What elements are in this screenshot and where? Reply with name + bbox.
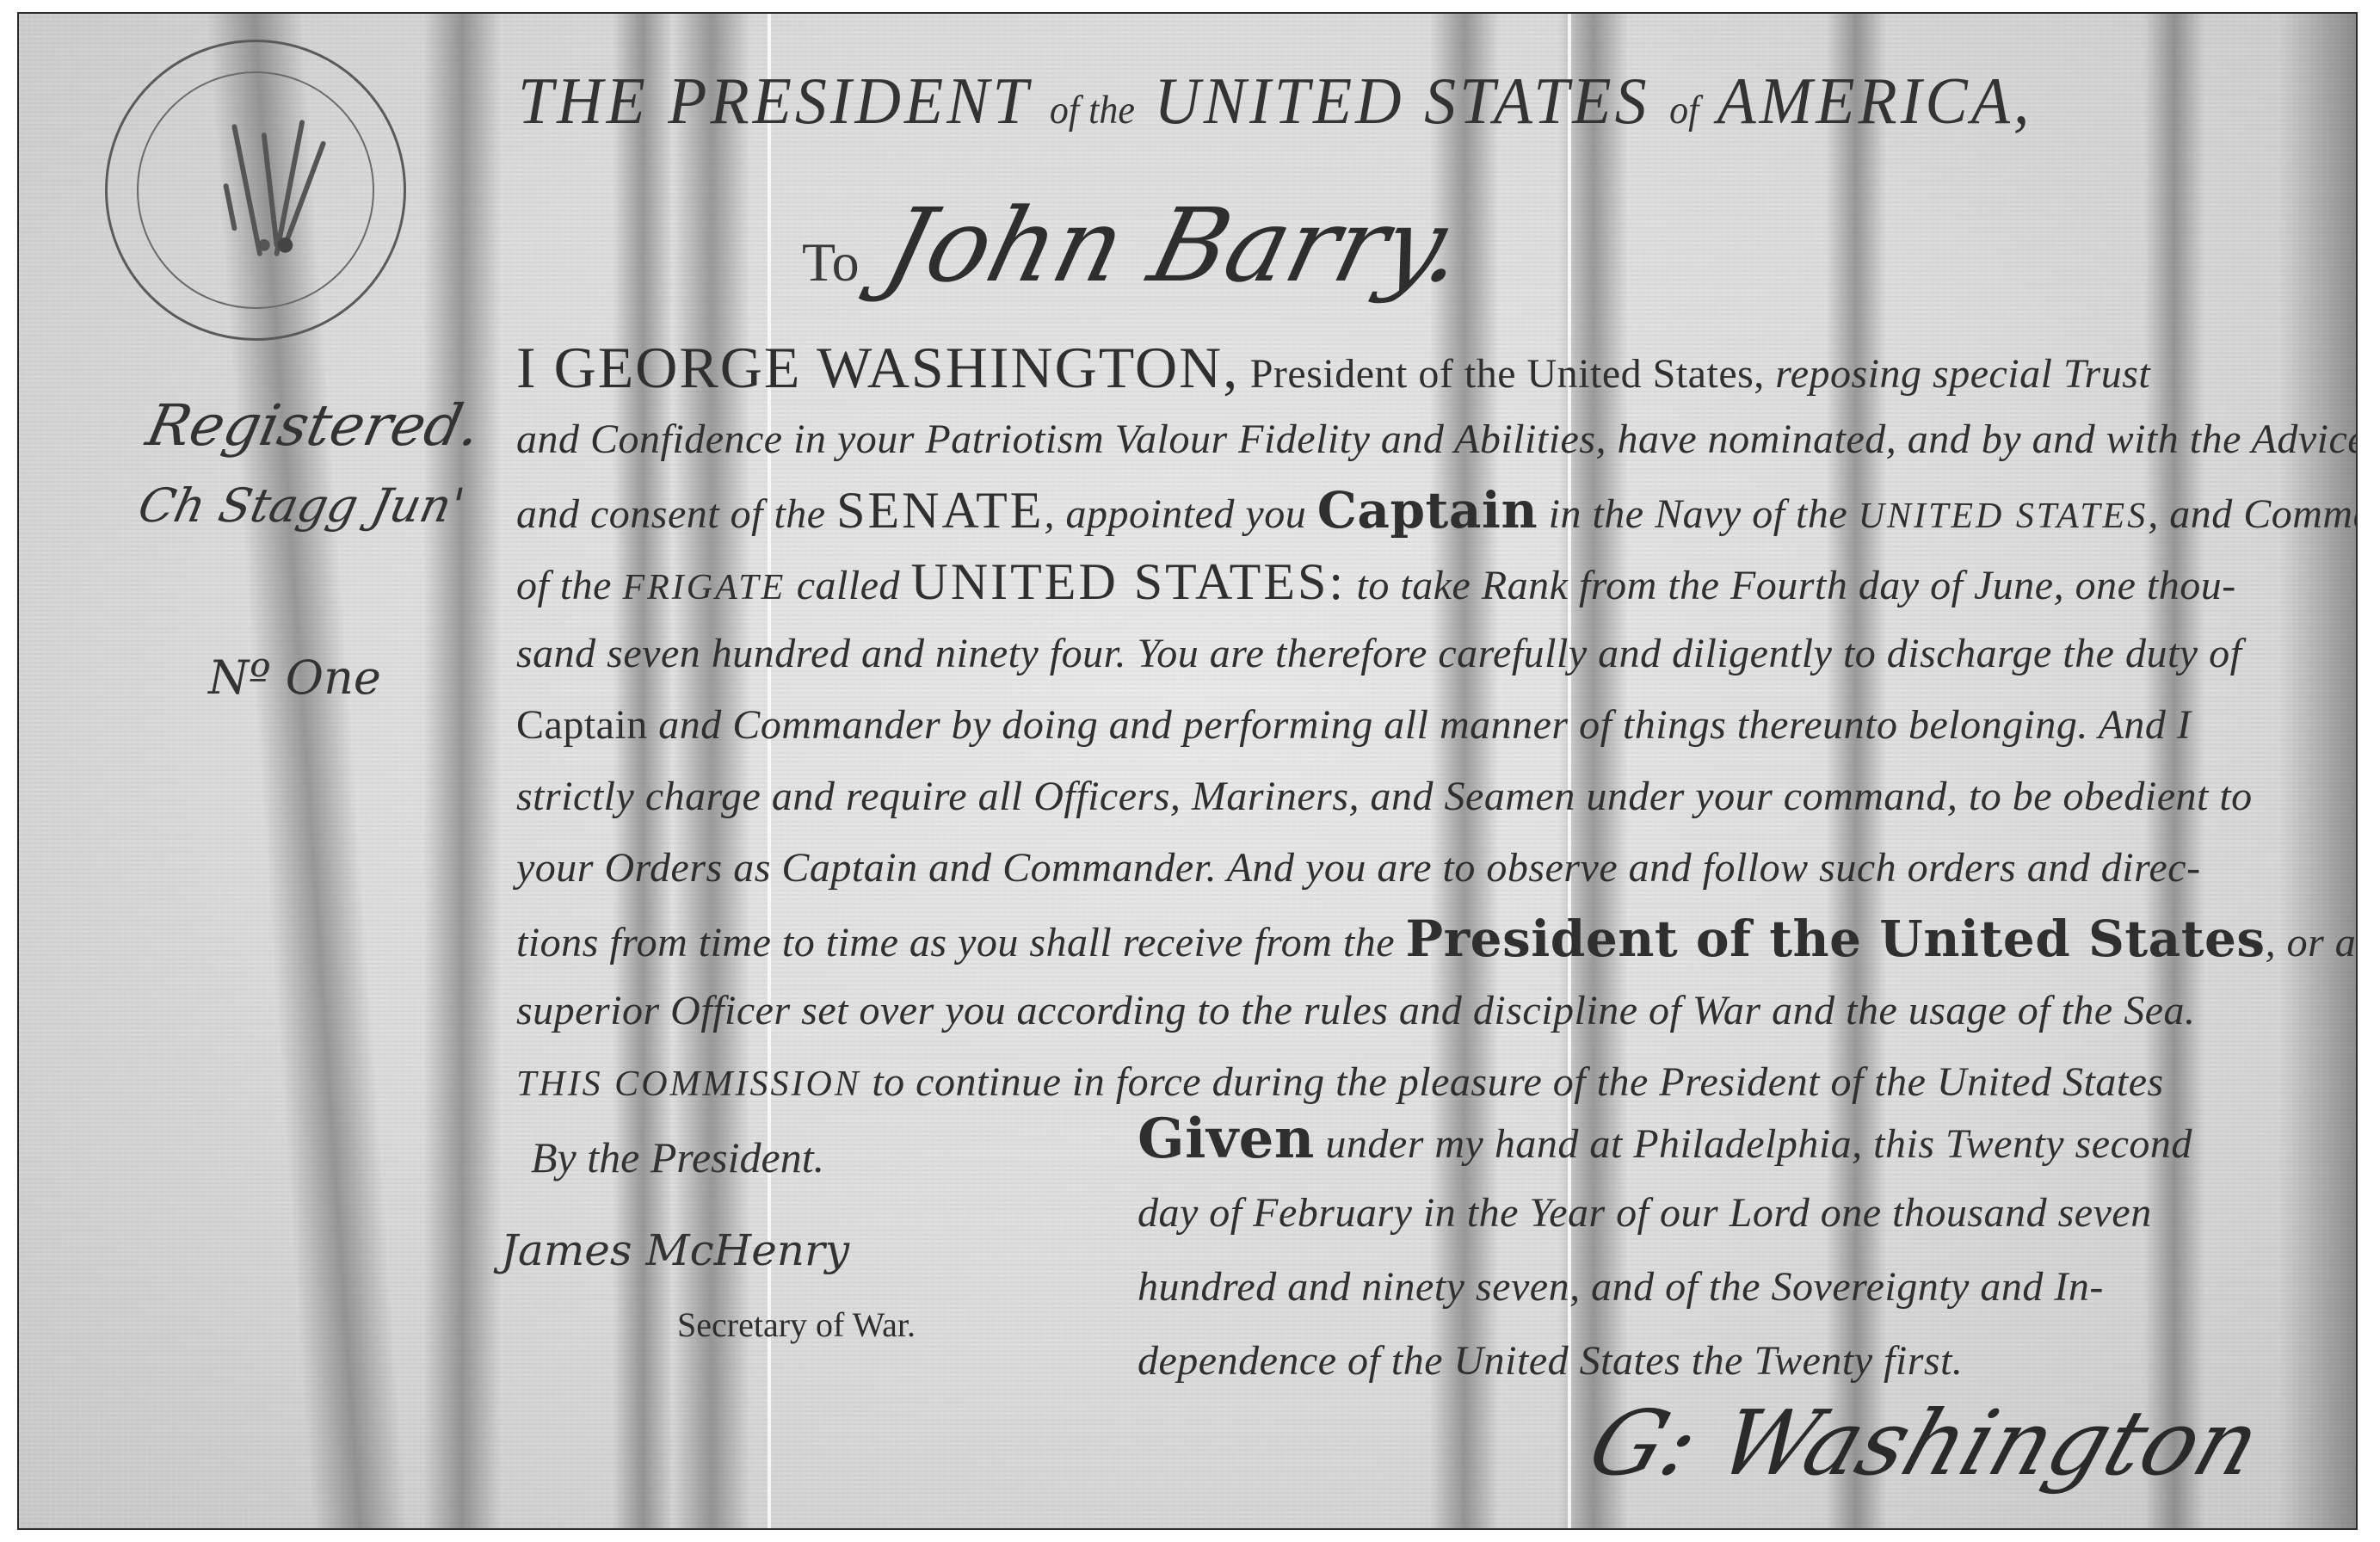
document-heading: THE PRESIDENT of the UNITED STATES of AM… <box>518 64 2032 140</box>
text-segment: tions from time to time as you shall rec… <box>516 920 1406 965</box>
heading-united-states: UNITED STATES <box>1154 65 1649 139</box>
registered-note: Registered. <box>141 392 487 459</box>
text-line: Captain and Commander by doing and perfo… <box>516 689 2289 761</box>
navy-seal <box>105 40 406 341</box>
secretary-title: Secretary of War. <box>677 1305 916 1345</box>
text-segment: I GEORGE WASHINGTON, <box>516 335 1239 400</box>
text-line: Given under my hand at Philadelphia, thi… <box>1138 1102 2256 1176</box>
president-signature: G: Washington <box>1576 1391 2272 1496</box>
text-segment: , or any <box>2266 920 2358 965</box>
seal-emblem-icon <box>108 42 404 338</box>
commission-document: Registered. Ch Stagg Jun' Nº One THE PRE… <box>17 12 2358 1530</box>
text-segment: , appointed you <box>1044 491 1316 537</box>
edge-shadow <box>2278 14 2356 1528</box>
text-line: your Orders as Captain and Commander. An… <box>516 832 2289 904</box>
text-line: I GEORGE WASHINGTON, President of the Un… <box>516 332 2289 404</box>
text-segment: Given <box>1138 1107 1315 1171</box>
by-the-president: By the President. <box>531 1132 824 1182</box>
text-segment: SENATE <box>836 482 1044 539</box>
text-segment: FRIGATE <box>622 568 786 608</box>
heading-america: AMERICA, <box>1717 65 2032 139</box>
text-segment: and Commander by doing and performing al… <box>648 702 2192 748</box>
heading-connector: of <box>1669 88 1699 132</box>
text-segment: President of the United States, <box>1239 351 1775 397</box>
water-stain <box>423 14 501 1528</box>
addressee-prefix: To <box>802 231 860 293</box>
text-segment: superior Officer set over you according … <box>516 988 2196 1033</box>
text-segment: sand seven hundred and ninety four. You … <box>516 631 2241 676</box>
text-segment: Captain <box>516 702 648 748</box>
text-segment: to continue in force during the pleasure… <box>861 1059 2164 1105</box>
addressee-name: John Barry. <box>873 186 1477 305</box>
text-segment: called <box>786 563 910 608</box>
text-segment: UNITED STATES: <box>911 553 1347 610</box>
text-segment: in the Navy of the <box>1538 491 1859 537</box>
text-line: tions from time to time as you shall rec… <box>516 904 2289 975</box>
text-line: sand seven hundred and ninety four. You … <box>516 618 2289 689</box>
text-segment: Captain <box>1317 481 1538 540</box>
text-segment: of the <box>516 563 622 608</box>
text-line: and consent of the SENATE, appointed you… <box>516 475 2289 546</box>
text-segment: THIS COMMISSION <box>516 1064 861 1104</box>
text-segment: UNITED STATES <box>1859 497 2149 536</box>
addressee-line: To John Barry. <box>802 186 1462 305</box>
text-segment: and consent of the <box>516 491 836 537</box>
text-line: and Confidence in your Patriotism Valour… <box>516 404 2289 475</box>
text-segment: , and Commander <box>2148 491 2358 537</box>
text-line: day of February in the Year of our Lord … <box>1138 1176 2256 1250</box>
text-segment: your Orders as Captain and Commander. An… <box>516 845 2201 891</box>
text-segment: day of February in the Year of our Lord … <box>1138 1190 2152 1236</box>
text-segment: dependence of the United States the Twen… <box>1138 1338 1963 1384</box>
text-segment: strictly charge and require all Officers… <box>516 774 2253 819</box>
text-line: hundred and ninety seven, and of the Sov… <box>1138 1250 2256 1324</box>
registration-number: Nº One <box>208 651 381 705</box>
commission-body: I GEORGE WASHINGTON, President of the Un… <box>516 332 2289 1118</box>
text-line: strictly charge and require all Officers… <box>516 761 2289 832</box>
text-segment: to take Rank from the Fourth day of June… <box>1346 563 2236 608</box>
secretary-signature: James McHenry <box>501 1225 849 1275</box>
text-line: of the FRIGATE called UNITED STATES: to … <box>516 546 2289 618</box>
given-clause: Given under my hand at Philadelphia, thi… <box>1138 1102 2256 1398</box>
heading-president: THE PRESIDENT <box>518 65 1030 139</box>
text-segment: reposing special Trust <box>1775 351 2150 397</box>
heading-connector: of the <box>1050 88 1135 132</box>
text-line: dependence of the United States the Twen… <box>1138 1324 2256 1398</box>
registrar-signature: Ch Stagg Jun' <box>133 478 469 533</box>
text-segment: under my hand at Philadelphia, this Twen… <box>1315 1121 2192 1167</box>
text-segment: hundred and ninety seven, and of the Sov… <box>1138 1264 2104 1310</box>
text-segment: and Confidence in your Patriotism Valour… <box>516 416 2358 462</box>
text-segment: President of the United States <box>1406 910 2266 968</box>
text-line: superior Officer set over you according … <box>516 975 2289 1046</box>
